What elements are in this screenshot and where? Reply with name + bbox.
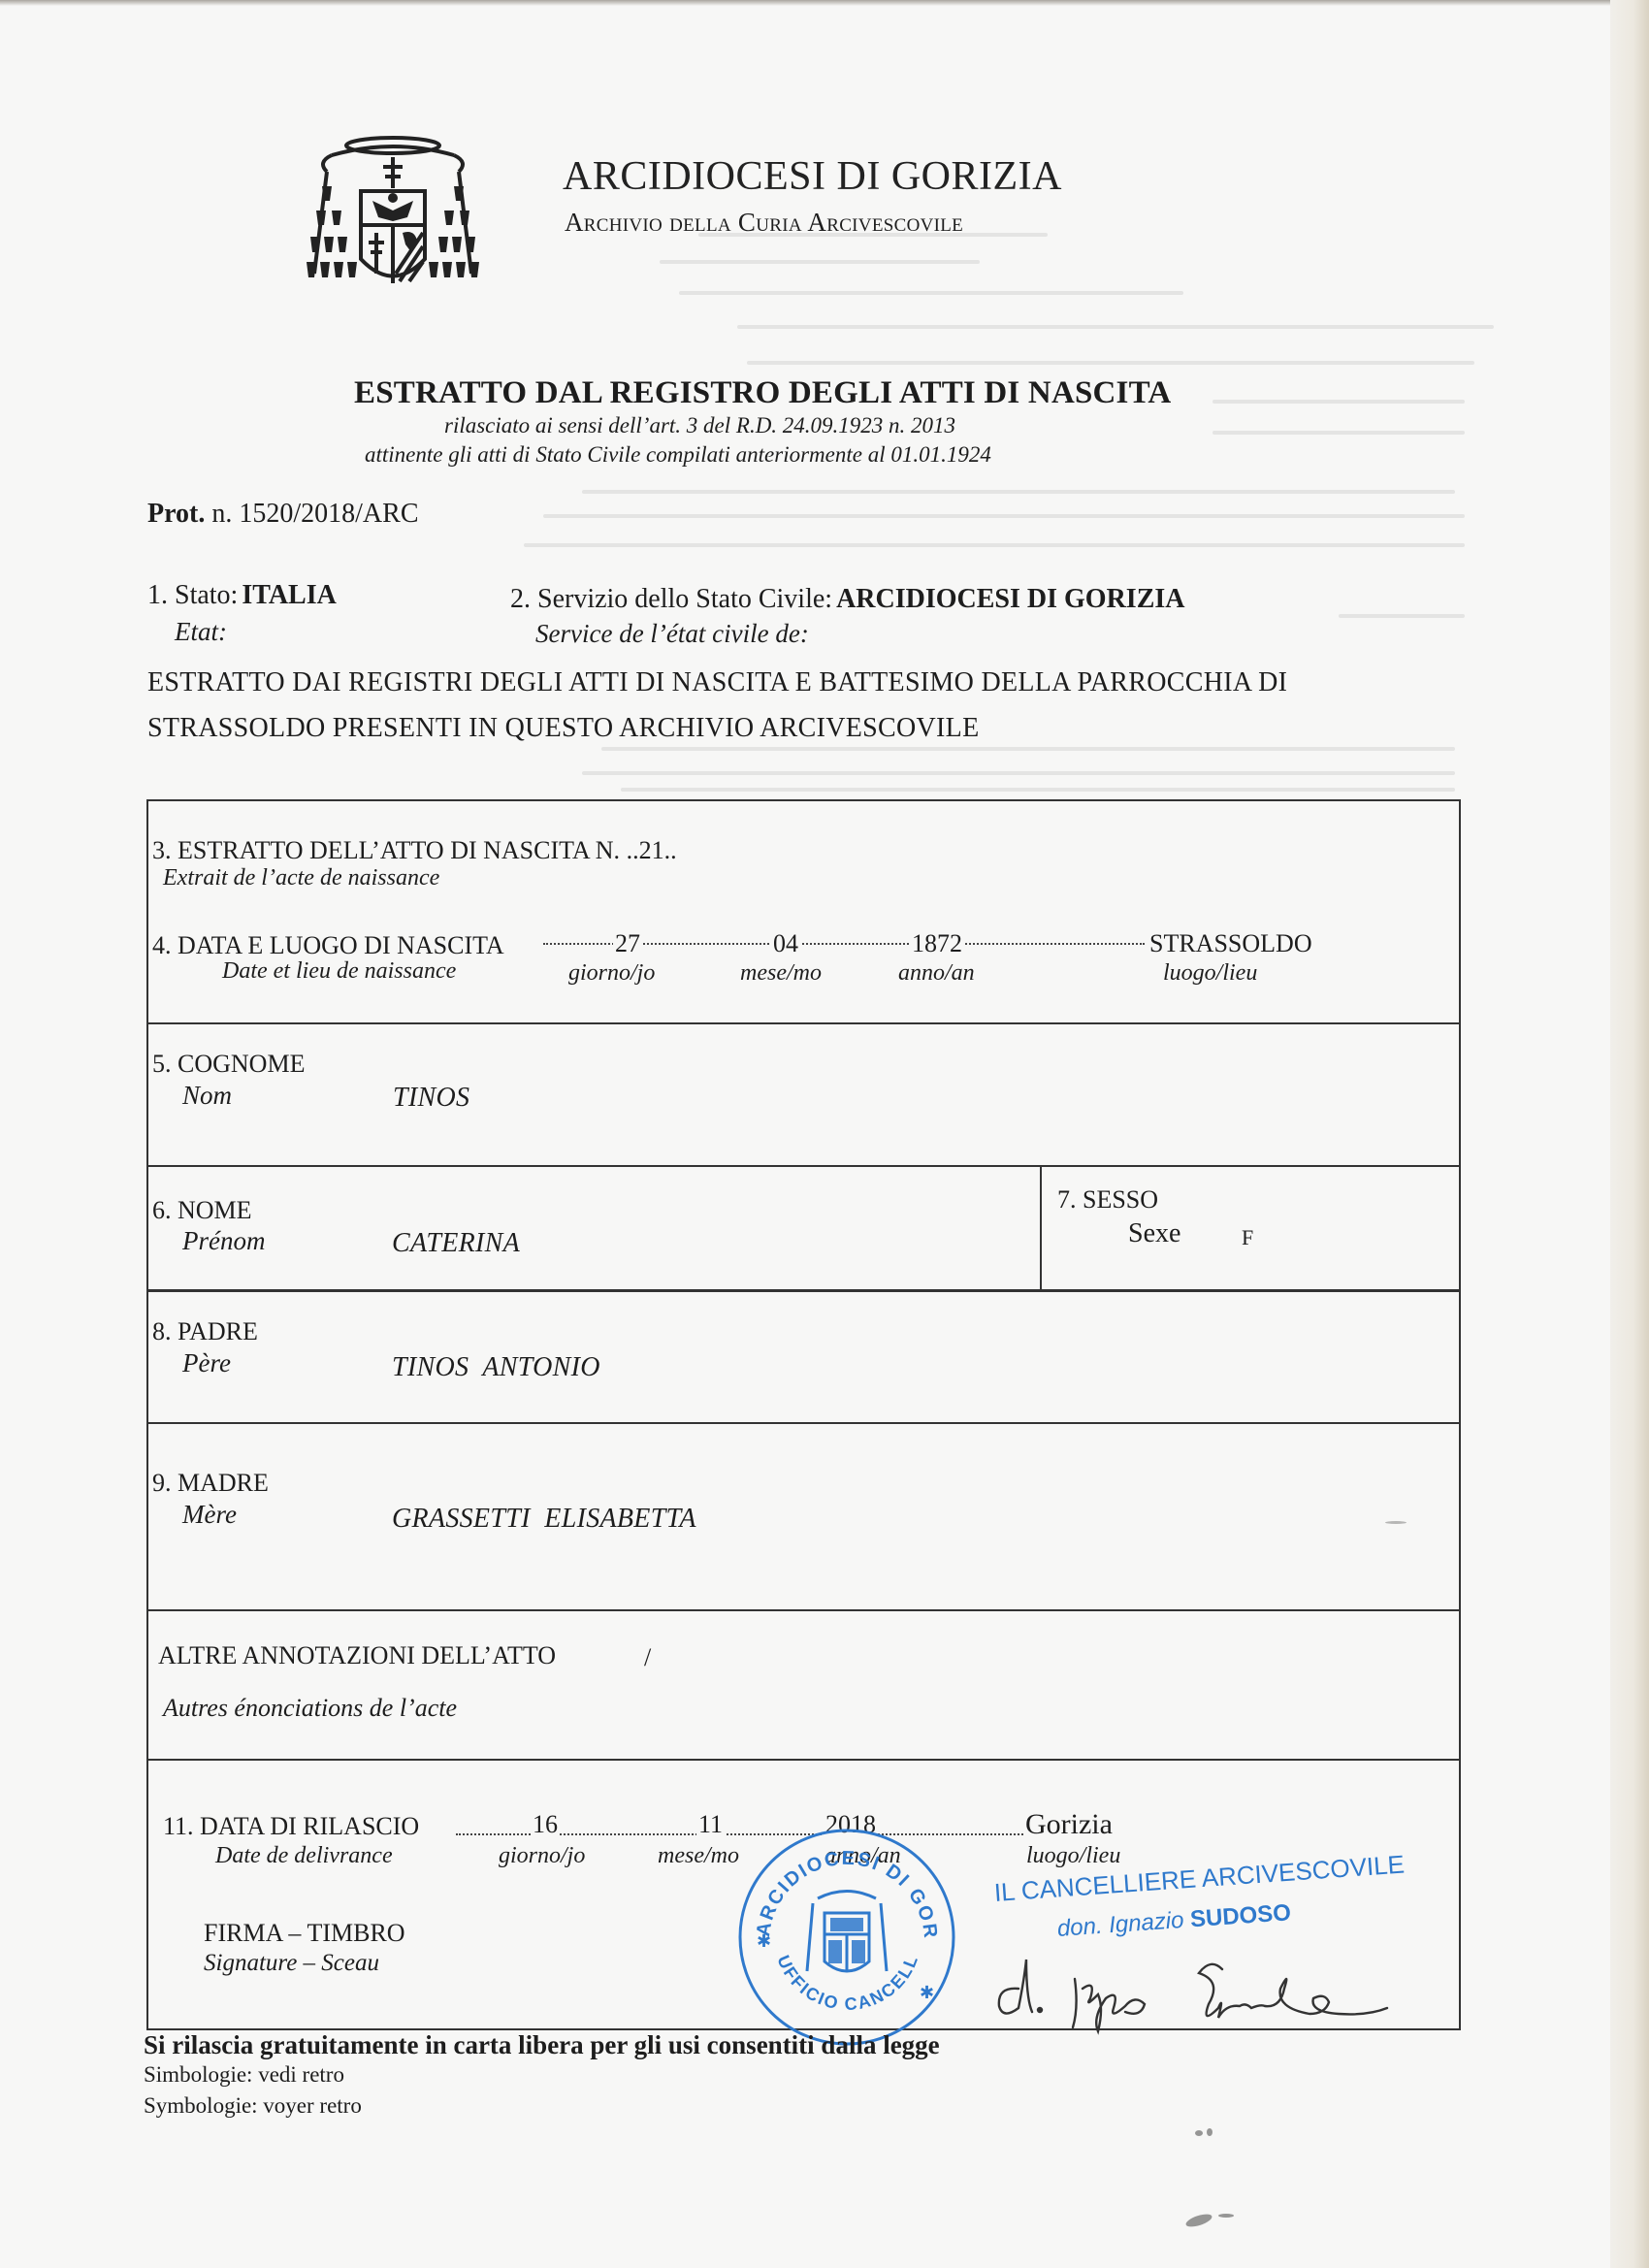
row-divider xyxy=(148,1022,1459,1024)
field-servizio: 2. Servizio dello Stato Civile: ARCIDIOC… xyxy=(510,584,1184,615)
protocol-label: Prot. xyxy=(147,499,205,529)
issue-month-label: mese/mo xyxy=(658,1843,739,1869)
issue-date-label: 11. DATA DI RILASCIO xyxy=(163,1812,419,1841)
sex-label-fr: Sexe xyxy=(1128,1218,1180,1249)
row-divider xyxy=(148,1165,1459,1167)
paper-speck xyxy=(1385,1521,1406,1524)
department-name: Archivio della Curia Arcivescovile xyxy=(565,208,963,238)
row-divider xyxy=(148,1290,1459,1292)
servizio-label: 2. Servizio dello Stato Civile: xyxy=(510,584,832,614)
father-label-fr: Père xyxy=(182,1348,231,1378)
protocol-number: Prot. n. 1520/2018/ARC xyxy=(147,499,419,530)
extract-description-line-2: STRASSOLDO PRESENTI IN QUESTO ARCHIVIO A… xyxy=(147,713,979,744)
first-name-label-fr: Prénom xyxy=(182,1226,265,1256)
document-subtitle-legal-basis: rilasciato ai sensi dell’art. 3 del R.D.… xyxy=(444,413,955,438)
symbology-fr: Symbologie: voyer retro xyxy=(144,2093,362,2119)
row-divider xyxy=(148,1422,1459,1424)
sex-value: F xyxy=(1242,1225,1253,1250)
stato-value: ITALIA xyxy=(242,580,337,610)
signature-label: FIRMA – TIMBRO xyxy=(204,1919,405,1948)
annotations-value: / xyxy=(644,1643,651,1672)
sex-label: 7. SESSO xyxy=(1057,1185,1158,1215)
birth-month: 04 xyxy=(771,929,800,958)
father-value: TINOS ANTONIO xyxy=(392,1352,600,1383)
father-label: 8. PADRE xyxy=(152,1317,258,1346)
mother-label-fr: Mère xyxy=(182,1500,237,1530)
svg-text:✱: ✱ xyxy=(920,1983,934,2002)
symbology-it: Simbologie: vedi retro xyxy=(144,2062,344,2088)
issue-place-label: luogo/lieu xyxy=(1026,1843,1120,1869)
row-divider xyxy=(148,1609,1459,1611)
birth-day: 27 xyxy=(613,929,642,958)
birth-month-label: mese/mo xyxy=(740,960,822,987)
field-stato: 1. Stato: ITALIA xyxy=(147,580,337,611)
issue-month: 11 xyxy=(696,1810,725,1839)
page-right-edge xyxy=(1610,0,1649,2268)
issue-place: Gorizia xyxy=(1025,1808,1113,1841)
birth-year-label: anno/an xyxy=(898,960,975,987)
birth-label-fr: Date et lieu de naissance xyxy=(222,958,456,985)
extract-description-line-1: ESTRATTO DAI REGISTRI DEGLI ATTI DI NASC… xyxy=(147,667,1287,698)
servizio-label-fr: Service de l’état civile de: xyxy=(535,619,809,649)
surname-label: 5. COGNOME xyxy=(152,1050,305,1079)
birth-day-label: giorno/jo xyxy=(568,960,655,987)
row-divider xyxy=(148,1759,1459,1761)
annotations-label-fr: Autres énonciations de l’acte xyxy=(163,1694,457,1723)
birth-place-label: luogo/lieu xyxy=(1163,960,1257,987)
issue-label-fr: Date de delivrance xyxy=(215,1843,393,1869)
svg-text:✱: ✱ xyxy=(757,1931,771,1951)
paper-speck xyxy=(1184,2212,1213,2229)
annotations-label: ALTRE ANNOTAZIONI DELL’ATTO xyxy=(158,1641,556,1670)
act-number-value: ..21.. xyxy=(627,836,677,864)
act-number: 3. ESTRATTO DELL’ATTO DI NASCITA N. ..21… xyxy=(152,836,677,865)
archdiocese-stamp-icon: ARCIDIOCESI DI GORIZIA UFFICIO CANCELLER… xyxy=(735,1826,958,2049)
mother-label: 9. MADRE xyxy=(152,1469,269,1498)
handwritten-signature-icon xyxy=(989,1950,1397,2037)
issue-day: 16 xyxy=(531,1810,560,1839)
first-name-value: CATERINA xyxy=(392,1228,520,1259)
issue-day-label: giorno/jo xyxy=(499,1843,585,1869)
first-name-label: 6. NOME xyxy=(152,1196,252,1225)
paper-speck xyxy=(1207,2128,1212,2136)
surname-label-fr: Nom xyxy=(182,1081,232,1111)
free-issuance-note: Si rilascia gratuitamente in carta liber… xyxy=(144,2030,940,2060)
document-subtitle-scope: attinente gli atti di Stato Civile compi… xyxy=(365,442,991,468)
paper-speck xyxy=(1195,2130,1203,2136)
signature-label-fr: Signature – Sceau xyxy=(204,1950,379,1977)
mother-value: GRASSETTI ELISABETTA xyxy=(392,1504,696,1535)
act-number-label-fr: Extrait de l’acte de naissance xyxy=(163,865,439,891)
organization-name: ARCIDIOCESI DI GORIZIA xyxy=(563,153,1062,200)
coat-of-arms-icon xyxy=(303,128,483,295)
birth-year: 1872 xyxy=(910,929,964,958)
page-top-edge xyxy=(0,0,1649,6)
document-title: ESTRATTO DAL REGISTRO DEGLI ATTI DI NASC… xyxy=(354,375,1171,411)
stato-label: 1. Stato: xyxy=(147,580,238,610)
act-number-label: 3. ESTRATTO DELL’ATTO DI NASCITA N. xyxy=(152,836,620,864)
servizio-value: ARCIDIOCESI DI GORIZIA xyxy=(836,584,1184,614)
sex-column-divider xyxy=(1040,1167,1042,1289)
birth-date-place-label: 4. DATA E LUOGO DI NASCITA xyxy=(152,931,504,960)
surname-value: TINOS xyxy=(393,1083,469,1114)
protocol-value: n. 1520/2018/ARC xyxy=(211,499,418,529)
birth-place: STRASSOLDO xyxy=(1148,929,1314,958)
paper-speck xyxy=(1218,2214,1234,2218)
stato-label-fr: Etat: xyxy=(175,617,227,647)
